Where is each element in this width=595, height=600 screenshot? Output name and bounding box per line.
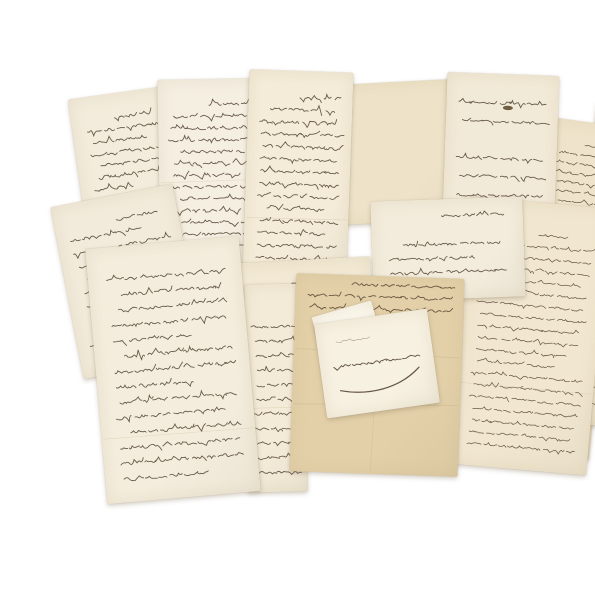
envelope bbox=[314, 309, 440, 419]
manuscript-letters-photo bbox=[40, 16, 595, 584]
letter-bottom-left bbox=[85, 236, 261, 504]
letter-top-center bbox=[242, 69, 353, 279]
